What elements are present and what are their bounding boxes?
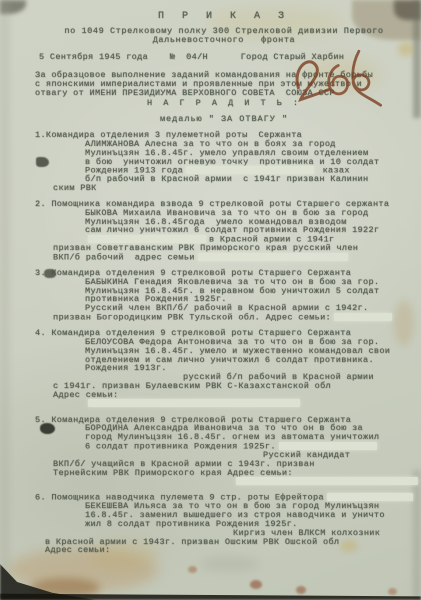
handwritten-mark xyxy=(284,39,384,125)
scanned-order-document: П Р И К А З по 1049 Стрелковому полку 30… xyxy=(0,0,421,600)
